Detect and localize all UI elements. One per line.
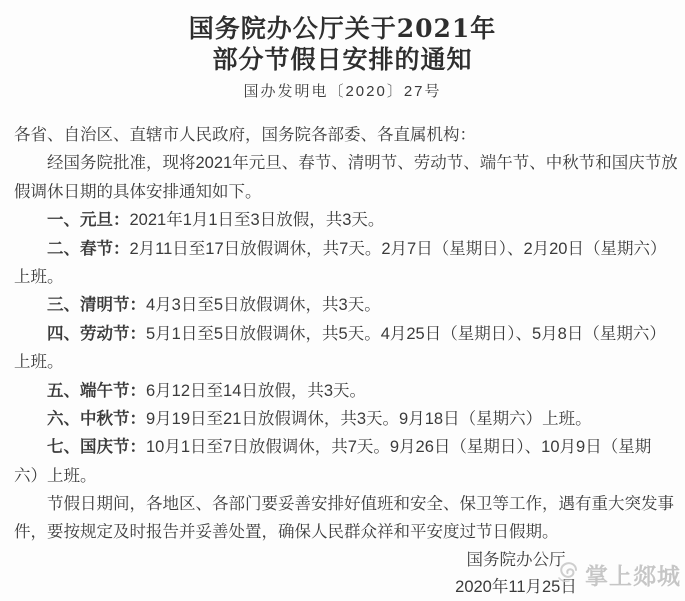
body-line-text: 2021年1月1日至3日放假，共3天。 xyxy=(130,211,385,229)
body-line-text: 件，要按规定及时报告并妥善处置，确保人民群众祥和平安度过节日假期。 xyxy=(14,523,559,541)
document-title-line-1: 国务院办公厅关于2021年 xyxy=(0,13,685,44)
body-line-text: 10月1日至7日放假调休，共7天。9月26日（星期日）、10月9日（星期 xyxy=(146,438,651,456)
body-line-text: 六）上班。 xyxy=(14,467,97,485)
body-line-text: 6月12日至14日放假，共3天。 xyxy=(146,382,366,400)
body-line: 假调休日期的具体安排通知如下。 xyxy=(14,178,677,206)
document-number: 国办发明电〔2020〕27号 xyxy=(0,82,685,102)
document-header: 国务院办公厅关于2021年 部分节假日安排的通知 国办发明电〔2020〕27号 xyxy=(0,0,685,102)
signature-line: 国务院办公厅 xyxy=(396,547,636,575)
body-line-text: 5月1日至5日放假调休，共5天。4月25日（星期日）、5月8日（星期六） xyxy=(146,325,666,343)
body-line: 三、清明节：4月3日至5日放假调休，共3天。 xyxy=(14,291,677,319)
body-line: 上班。 xyxy=(14,348,677,376)
body-line-text: 上班。 xyxy=(14,268,64,286)
body-line-text: 上班。 xyxy=(14,353,64,371)
body-line: 一、元旦：2021年1月1日至3日放假，共3天。 xyxy=(14,206,677,234)
holiday-item-label: 一、元旦： xyxy=(47,211,130,229)
body-line-text: 4月3日至5日放假调休，共3天。 xyxy=(146,296,381,314)
holiday-item-label: 五、端午节： xyxy=(47,382,146,400)
body-line: 五、端午节：6月12日至14日放假，共3天。 xyxy=(14,377,677,405)
body-line: 二、春节：2月11日至17日放假调休，共7天。2月7日（星期日）、2月20日（星… xyxy=(14,235,677,263)
document-title-line-2: 部分节假日安排的通知 xyxy=(0,44,685,75)
body-line: 六、中秋节：9月19日至21日放假调休，共3天。9月18日（星期六）上班。 xyxy=(14,405,677,433)
body-line-text: 经国务院批准，现将2021年元旦、春节、清明节、劳动节、端午节、中秋节和国庆节放 xyxy=(47,154,677,172)
holiday-item-label: 三、清明节： xyxy=(47,296,146,314)
body-line: 六）上班。 xyxy=(14,462,677,490)
body-line-text: 节假日期间，各地区、各部门要妥善安排好值班和安全、保卫等工作，遇有重大突发事 xyxy=(47,495,674,513)
date-line: 2020年11月25日 xyxy=(396,574,636,601)
body-line: 节假日期间，各地区、各部门要妥善安排好值班和安全、保卫等工作，遇有重大突发事 xyxy=(14,490,677,518)
holiday-item-label: 六、中秋节： xyxy=(47,410,146,428)
body-line: 各省、自治区、直辖市人民政府，国务院各部委、各直属机构： xyxy=(14,121,677,149)
notice-document-page: 国务院办公厅关于2021年 部分节假日安排的通知 国办发明电〔2020〕27号 … xyxy=(0,0,685,601)
holiday-item-label: 二、春节： xyxy=(47,240,130,258)
body-line-text: 各省、自治区、直辖市人民政府，国务院各部委、各直属机构： xyxy=(14,126,476,144)
body-line: 经国务院批准，现将2021年元旦、春节、清明节、劳动节、端午节、中秋节和国庆节放 xyxy=(14,149,677,177)
body-line-text: 2月11日至17日放假调休，共7天。2月7日（星期日）、2月20日（星期六） xyxy=(130,240,667,258)
body-line-text: 假调休日期的具体安排通知如下。 xyxy=(14,183,262,201)
body-line: 四、劳动节：5月1日至5日放假调休，共5天。4月25日（星期日）、5月8日（星期… xyxy=(14,320,677,348)
holiday-item-label: 七、国庆节： xyxy=(47,438,146,456)
holiday-item-label: 四、劳动节： xyxy=(47,325,146,343)
body-line: 七、国庆节：10月1日至7日放假调休，共7天。9月26日（星期日）、10月9日（… xyxy=(14,433,677,461)
body-line: 件，要按规定及时报告并妥善处置，确保人民群众祥和平安度过节日假期。 xyxy=(14,518,677,546)
document-footer: 国务院办公厅 2020年11月25日 xyxy=(396,547,636,601)
document-body: 各省、自治区、直辖市人民政府，国务院各部委、各直属机构：经国务院批准，现将202… xyxy=(0,121,685,547)
body-line-text: 9月19日至21日放假调休，共3天。9月18日（星期六）上班。 xyxy=(146,410,592,428)
body-line: 上班。 xyxy=(14,263,677,291)
